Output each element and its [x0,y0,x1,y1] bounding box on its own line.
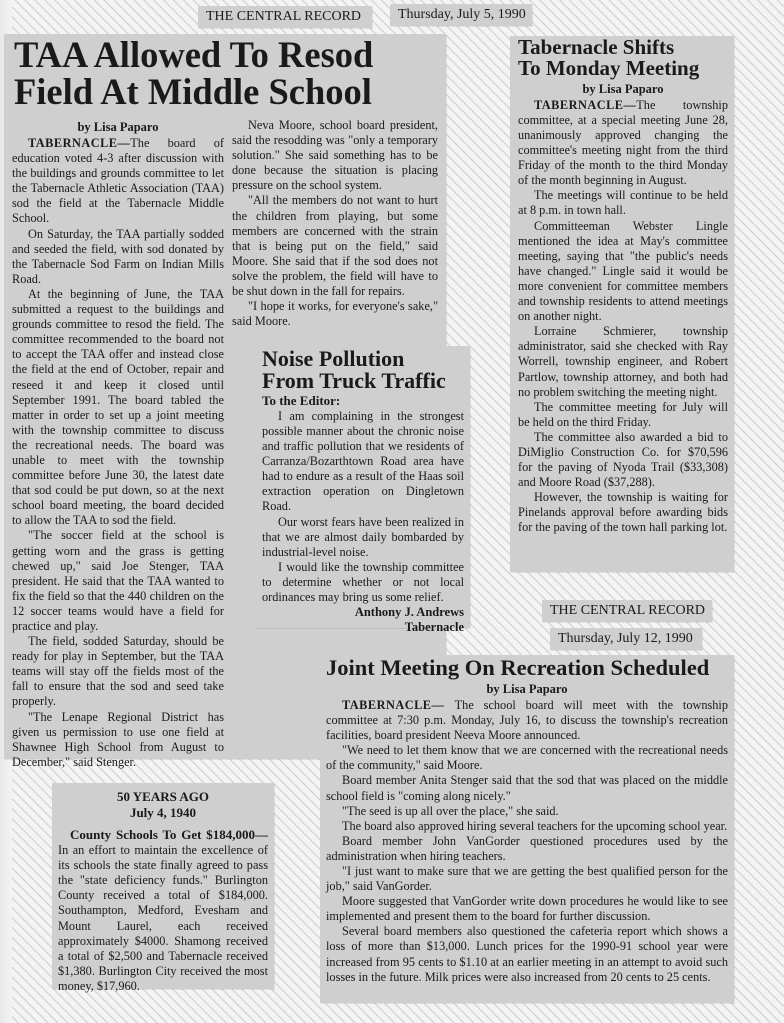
paragraph: TABERNACLE— The school board will meet w… [326,698,728,743]
paragraph: Committeeman Webster Lingle mentioned th… [518,219,728,325]
headline: TAA Allowed To Resod Field At Middle Sch… [14,36,440,110]
headline: Joint Meeting On Recreation Scheduled [326,657,728,680]
paragraph: "I just want to make sure that we are ge… [326,864,728,894]
article-50-years-ago: 50 YEARS AGO July 4, 1940 County Schools… [52,783,274,989]
masthead-paper-name-lower: THE CENTRAL RECORD [542,600,712,622]
paragraph: Several board members also questioned th… [326,924,728,984]
paragraph: The board also approved hiring several t… [326,819,728,834]
paragraph: I am complaining in the strongest possib… [262,409,464,515]
paragraph: Our worst fears have been realized in th… [262,515,464,560]
date-text: Thursday, July 5, 1990 [398,7,526,22]
paragraph: "The seed is up all over the place," she… [326,804,728,819]
paragraph: Moore suggested that VanGorder write dow… [326,894,728,924]
masthead-date-lower: Thursday, July 12, 1990 [550,628,702,650]
paragraph: I would like the township committee to d… [262,560,464,605]
headline: Tabernacle Shifts To Monday Meeting [518,37,728,80]
paragraph: On Saturday, the TAA partially sodded an… [12,227,224,287]
paragraph: Neva Moore, school board president, said… [232,118,438,193]
paragraph: Board member Anita Stenger said that the… [326,773,728,803]
paragraph: Lorraine Schmierer, township administrat… [518,324,728,399]
paragraph: "We need to let them know that we are co… [326,743,728,773]
paragraph: TABERNACLE—The township committee, at a … [518,98,728,189]
section-date: July 4, 1940 [58,805,268,821]
paragraph: The committee also awarded a bid to DiMi… [518,430,728,490]
paragraph: "All the members do not want to hurt the… [232,193,438,299]
article-column-2: Neva Moore, school board president, said… [232,118,438,329]
headline: Noise Pollution From Truck Traffic [262,348,464,393]
salutation: To the Editor: [262,393,464,409]
paper-name-text: THE CENTRAL RECORD [550,603,705,618]
paper-name-text: THE CENTRAL RECORD [206,9,361,24]
article-column-1: by Lisa Paparo TABERNACLE—The board of e… [12,118,224,770]
masthead-date: Thursday, July 5, 1990 [390,4,532,26]
article-joint-meeting: Joint Meeting On Recreation Scheduled by… [320,655,734,1003]
article-noise-pollution: Noise Pollution From Truck Traffic To th… [256,346,470,628]
date-text: Thursday, July 12, 1990 [558,631,693,646]
paragraph: TABERNACLE—The board of education voted … [12,136,224,227]
masthead-paper-name: THE CENTRAL RECORD [198,6,372,28]
paragraph: However, the township is waiting for Pin… [518,490,728,535]
paragraph: The committee meeting for July will be h… [518,400,728,430]
paragraph: The field, sodded Saturday, should be re… [12,634,224,709]
paragraph: County Schools To Get $184,000— In an ef… [58,827,268,994]
paragraph: Board member John VanGorder questioned p… [326,834,728,864]
signature-town: Tabernacle [262,620,464,635]
paragraph: "The Lenape Regional District has given … [12,710,224,770]
paragraph: At the beginning of June, the TAA submit… [12,287,224,529]
paragraph: "I hope it works, for everyone's sake," … [232,299,438,329]
byline: by Lisa Paparo [518,82,728,97]
byline: by Lisa Paparo [326,682,728,697]
byline: by Lisa Paparo [12,120,224,135]
signature-name: Anthony J. Andrews [262,605,464,620]
paragraph: The meetings will continue to be held at… [518,188,728,218]
section-title: 50 YEARS AGO [58,789,268,805]
article-monday-meeting: Tabernacle Shifts To Monday Meeting by L… [510,36,734,572]
paragraph: "The soccer field at the school is getti… [12,528,224,634]
